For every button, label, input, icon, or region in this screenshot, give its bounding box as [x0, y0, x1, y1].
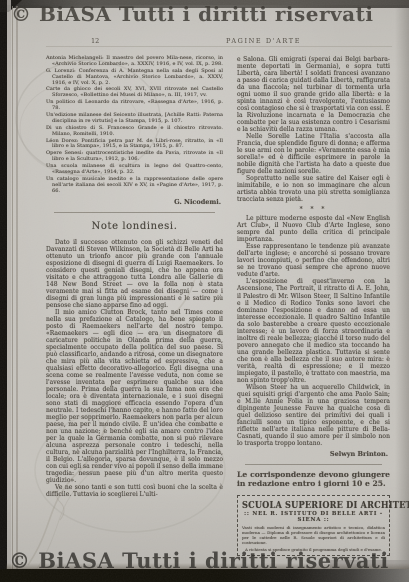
asterism-separator: * * *	[237, 206, 390, 213]
article-title: Note londinesi.	[46, 221, 223, 232]
page-crease	[7, 0, 11, 582]
scan-bottom-band	[0, 569, 409, 582]
article-paragraph: Nelle Sorelle Latine l'Italia s'accosta …	[237, 133, 390, 175]
bibliography-entry: Léon Dorez: Pontificia petra par M. de L…	[46, 139, 223, 151]
bibliography-entry: Un'edizione milanese del Seicento illust…	[46, 113, 223, 125]
section-divider	[54, 212, 215, 213]
article-paragraph: Dato il successo ottenuto con gli schizz…	[46, 239, 223, 309]
signature-brinton: Selwyn Brinton.	[237, 450, 388, 458]
scan-left-edge	[0, 0, 7, 582]
bibliography-entry: Un catalogo musicale inedito e la rappre…	[46, 177, 223, 195]
article-paragraph: e Salona. Gli emigrati (sperai dai Belgi…	[237, 56, 390, 133]
article-paragraph: Esse rappresentano le tendenze più avanz…	[237, 243, 390, 278]
article-paragraph: L'esposizione di quest'inverno con la As…	[237, 278, 390, 383]
bibliography-entry: Di un chiostro di S. Francesco Grande e …	[46, 126, 223, 138]
bibliography-entry: Un politico di Leonardo da ritrovare, «R…	[46, 100, 223, 112]
article-paragraph: Ve ne sono tanti e son tutti così buoni …	[46, 484, 223, 498]
watermark-top: © BiASA Tutti i diritti riservati	[11, 2, 373, 26]
article-paragraph: Wilson Steer ha un acquerello Childwick,…	[237, 384, 390, 447]
bibliography-entry: Opere Senesi: quattrocentistiche inedite…	[46, 151, 223, 163]
scanned-journal-page: © BiASA Tutti i diritti riservati 12 PAG…	[0, 0, 409, 582]
bibliography-entry: Carte da ghioco dei secoli XV, XVI, XVII…	[46, 87, 223, 99]
page-number: 12	[91, 37, 99, 45]
article-paragraph: Il mio amico Clutton Brock, tanto nel Ti…	[46, 309, 223, 484]
column-divider	[245, 464, 382, 465]
ad-body-text: Vasti studi moderni di insegnamento arti…	[242, 525, 385, 546]
right-column: e Salona. Gli emigrati (sperai dai Belgi…	[237, 56, 390, 556]
bibliography-entry: G. Lorenzi: Conferenza di A. Mantegna ne…	[46, 69, 223, 87]
bibliography-entry: Una scuola milanese di scultura in legno…	[46, 164, 223, 176]
ad-title: SCUOLA SUPERIORE DI ARCHITETTURA	[242, 499, 385, 511]
page-crease-line	[12, 6, 13, 576]
article-paragraph: Soprattutto nelle sue satire del Kaiser …	[237, 175, 390, 203]
advertisement-box: SCUOLA SUPERIORE DI ARCHITETTURA :: NEL …	[237, 495, 390, 556]
article-paragraph: Le pitture moderne esposte dal «New Engl…	[237, 215, 390, 243]
bibliography-entry: Antonia Michelangeli: Il maestro del pov…	[46, 56, 223, 68]
header-rule	[46, 46, 392, 47]
ad-subtitle: :: NEL R. ISTITUTO DI BELLE ARTI - SIENA…	[242, 511, 385, 523]
left-column: Antonia Michelangeli: Il maestro del pov…	[46, 56, 223, 498]
journal-title: PAGINE D'ARTE	[226, 37, 301, 45]
page-crease-line	[16, 6, 18, 576]
editorial-notice: Le corrispondenze devono giungere in red…	[237, 470, 390, 489]
scan-right-shadow	[395, 0, 409, 582]
signature-nicodemi: G. Nicodemi.	[46, 198, 221, 206]
bibliography-list: Antonia Michelangeli: Il maestro del pov…	[46, 56, 223, 195]
